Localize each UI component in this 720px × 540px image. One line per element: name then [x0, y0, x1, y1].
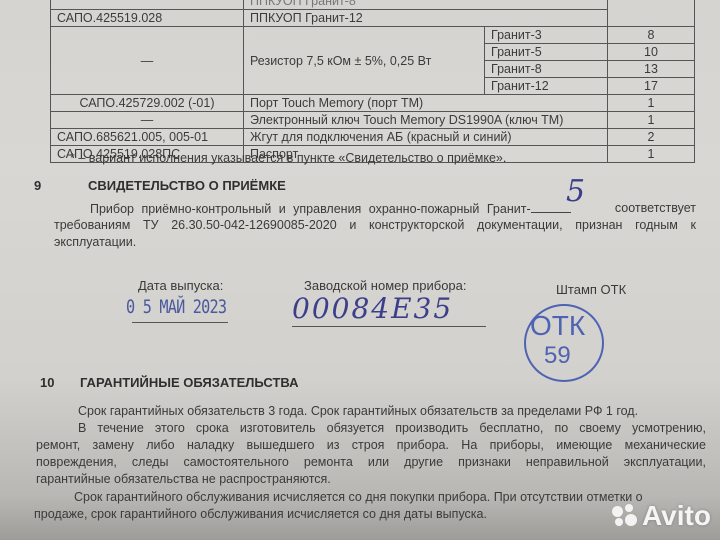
- designation-cell: [51, 0, 244, 10]
- otk-stamp-label: Штамп ОТК: [556, 282, 626, 297]
- serial-number-label: Заводской номер прибора:: [304, 278, 467, 293]
- qty-cell: 1: [608, 95, 695, 112]
- qty-cell: 1: [608, 146, 695, 163]
- section-10-title: ГАРАНТИЙНЫЕ ОБЯЗАТЕЛЬСТВА: [80, 375, 299, 390]
- acceptance-text: Прибор приёмно-контрольный и управления …: [90, 202, 531, 216]
- otk-stamp-text: ОТК: [530, 310, 585, 342]
- avito-text: Avito: [642, 500, 711, 532]
- table-row: — Резистор 7,5 кОм ± 5%, 0,25 Вт Гранит-…: [51, 27, 695, 44]
- handwritten-variant: 5: [566, 174, 585, 209]
- otk-stamp: ОТК 59: [524, 304, 604, 382]
- qty-cell: 13: [608, 61, 695, 78]
- variant-cell: Гранит-5: [485, 44, 608, 61]
- otk-stamp-number: 59: [544, 342, 571, 370]
- name-cell: Жгут для подключения АБ (красный и синий…: [244, 129, 608, 146]
- table-footnote: * – вариант исполнения указывается в пун…: [70, 151, 506, 165]
- release-date-label: Дата выпуска:: [138, 278, 223, 293]
- warranty-p1: Срок гарантийных обязательств 3 года. Ср…: [78, 403, 638, 420]
- qty-cell: 10: [608, 44, 695, 61]
- designation-cell: САПО.425729.002 (-01): [51, 95, 244, 112]
- table-row: — Электронный ключ Touch Memory DS1990A …: [51, 112, 695, 129]
- designation-cell: —: [51, 112, 244, 129]
- section-9-title: СВИДЕТЕЛЬСТВО О ПРИЁМКЕ: [88, 178, 286, 193]
- section-9-line2: требованиям ТУ 26.30.50-042-12690085-202…: [54, 217, 696, 234]
- designation-cell: САПО.425519.028: [51, 10, 244, 27]
- section-9-line1: Прибор приёмно-контрольный и управления …: [90, 200, 696, 218]
- name-cell: ППКУОП Гранит-12: [244, 10, 608, 27]
- variant-cell: Гранит-8: [485, 61, 608, 78]
- release-date-underline: [132, 322, 228, 323]
- warranty-p2-l2: ремонт, замену либо наладку вышедшего из…: [36, 437, 706, 454]
- warranty-p3-l1: Срок гарантийного обслуживания исчисляет…: [74, 489, 643, 506]
- name-cell: Резистор 7,5 кОм ± 5%, 0,25 Вт: [244, 27, 485, 95]
- table-row: САПО.425729.002 (-01) Порт Touch Memory …: [51, 95, 695, 112]
- release-date-stamp: 0 5 МАЙ 2023: [126, 296, 226, 318]
- designation-cell: САПО.685621.005, 005-01: [51, 129, 244, 146]
- variant-cell: Гранит-12: [485, 78, 608, 95]
- qty-cell: [608, 0, 695, 27]
- name-cell: ППКУОП Гранит-8: [244, 0, 608, 10]
- section-10-number: 10: [40, 375, 54, 390]
- warranty-p2-l3: повреждения, следы самостоятельного ремо…: [36, 454, 706, 471]
- table-row: ППКУОП Гранит-8: [51, 0, 695, 10]
- variant-cell: Гранит-3: [485, 27, 608, 44]
- warranty-p2-l1: В течение этого срока изготовитель обязу…: [78, 420, 706, 437]
- qty-cell: 8: [608, 27, 695, 44]
- section-9-line3: эксплуатации.: [54, 234, 136, 251]
- parts-table: ППКУОП Гранит-8 САПО.425519.028 ППКУОП Г…: [50, 0, 695, 163]
- avito-watermark: Avito: [612, 500, 711, 532]
- warranty-p2-l4: гарантийные обязательства не распростран…: [36, 471, 331, 488]
- table-row: САПО.685621.005, 005-01 Жгут для подключ…: [51, 129, 695, 146]
- table-row: САПО.425519.028 ППКУОП Гранит-12: [51, 10, 695, 27]
- name-cell: Электронный ключ Touch Memory DS1990A (к…: [244, 112, 608, 129]
- serial-number-underline: [292, 326, 486, 327]
- qty-cell: 17: [608, 78, 695, 95]
- avito-logo-icon: [612, 504, 638, 528]
- section-9-number: 9: [34, 178, 41, 193]
- qty-cell: 2: [608, 129, 695, 146]
- warranty-p3-l2: продаже, срок гарантийного обслуживания …: [34, 506, 487, 523]
- name-cell: Порт Touch Memory (порт ТМ): [244, 95, 608, 112]
- designation-cell: —: [51, 27, 244, 95]
- qty-cell: 1: [608, 112, 695, 129]
- acceptance-text-end: соответствует: [615, 200, 696, 218]
- serial-number-handwritten: 00084Е35: [292, 292, 453, 325]
- variant-blank: [531, 200, 571, 213]
